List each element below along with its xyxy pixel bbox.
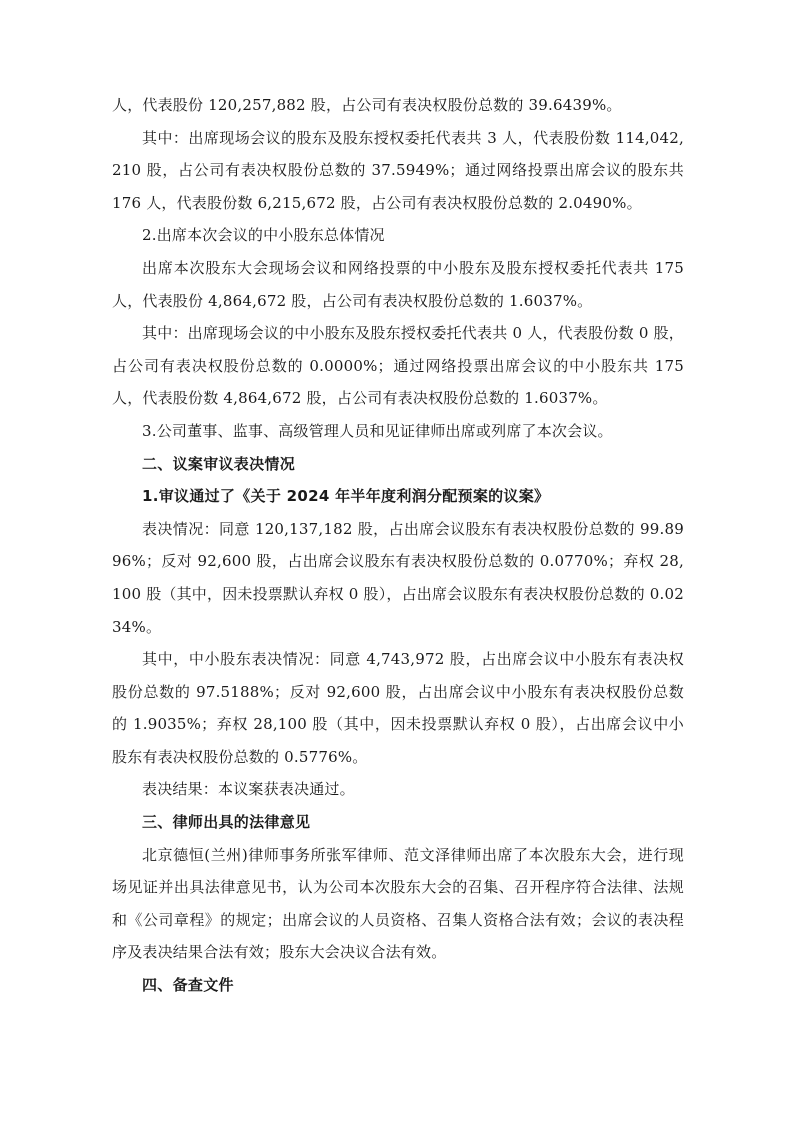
paragraph-attendance-total-continued: 人，代表股份 120,257,882 股，占公司有表决权股份总数的 39.643… [112, 89, 684, 122]
section-heading-voting: 二、议案审议表决情况 [112, 448, 684, 481]
paragraph-attendance-breakdown: 其中：出席现场会议的股东及股东授权委托代表共 3 人，代表股份数 114,042… [112, 122, 684, 220]
subheading-small-shareholders: 2.出席本次会议的中小股东总体情况 [112, 219, 684, 252]
paragraph-small-shareholders-breakdown: 其中：出席现场会议的中小股东及股东授权委托代表共 0 人，代表股份数 0 股，占… [112, 317, 684, 415]
paragraph-directors-attendance: 3.公司董事、监事、高级管理人员和见证律师出席或列席了本次会议。 [112, 415, 684, 448]
paragraph-legal-opinion: 北京德恒(兰州)律师事务所张军律师、范文泽律师出席了本次股东大会，进行现场见证并… [112, 839, 684, 969]
paragraph-proposal-vote: 表决情况：同意 120,137,182 股，占出席会议股东有表决权股份总数的 9… [112, 513, 684, 643]
paragraph-proposal-result: 表决结果：本议案获表决通过。 [112, 773, 684, 806]
paragraph-small-shareholders-total: 出席本次股东大会现场会议和网络投票的中小股东及股东授权委托代表共 175 人，代… [112, 252, 684, 317]
paragraph-proposal-small-shareholder-vote: 其中，中小股东表决情况：同意 4,743,972 股，占出席会议中小股东有表决权… [112, 643, 684, 773]
section-heading-legal-opinion: 三、律师出具的法律意见 [112, 806, 684, 839]
document-page: 人，代表股份 120,257,882 股，占公司有表决权股份总数的 39.643… [112, 89, 684, 1002]
section-heading-reference-documents: 四、备查文件 [112, 969, 684, 1002]
proposal-heading-profit-distribution: 1.审议通过了《关于 2024 年半年度利润分配预案的议案》 [112, 480, 684, 513]
